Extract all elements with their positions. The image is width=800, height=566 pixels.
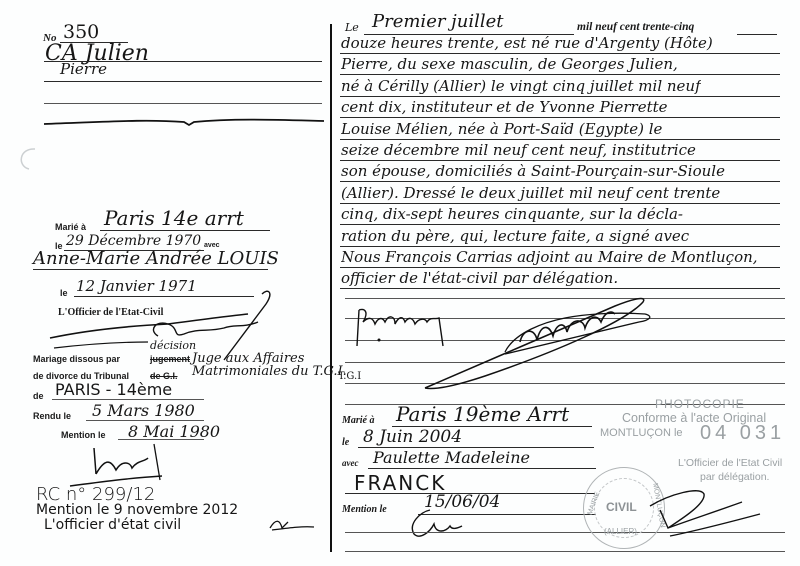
marriage2-place: Paris 19ème Arrt xyxy=(396,404,569,424)
divorce-court-place: PARIS - 14ème xyxy=(55,382,172,398)
divorce-signature xyxy=(70,440,170,490)
marriage2-marie-label: Marié à xyxy=(342,416,375,426)
body-line: son épouse, domiciliés à Saint-Pourçain-… xyxy=(341,164,725,179)
tgi-continuation: T.G.I xyxy=(338,372,361,382)
divorce-rendu-date: 5 Mars 1980 xyxy=(92,403,195,419)
rc-note-mention: Mention le 9 novembre 2012 xyxy=(36,503,238,517)
ornamental-divider xyxy=(44,116,324,128)
marriage2-date: 8 Juin 2004 xyxy=(363,429,462,446)
divorce-de-label: de xyxy=(33,392,44,401)
body-line: Pierre, du sexe masculin, de Georges Jul… xyxy=(341,57,678,72)
rule xyxy=(737,34,777,35)
marriage2-spouse-given: Paulette Madeleine xyxy=(373,450,530,466)
marriage2-date-label: le xyxy=(342,438,349,448)
rule xyxy=(340,139,780,140)
body-line: cent dix, instituteur et de Yvonne Pierr… xyxy=(341,100,668,115)
officer-signature xyxy=(425,292,665,392)
rule xyxy=(340,246,780,247)
body-le-label: Le xyxy=(345,22,359,33)
marriage2-avec-label: avec xyxy=(342,459,358,468)
body-line: (Allier). Dressé le deux juillet mil neu… xyxy=(341,186,720,201)
rc-note-initials xyxy=(268,516,318,534)
rule xyxy=(86,420,204,421)
stamp-number: 04 031 xyxy=(700,423,785,443)
marriage2-initials xyxy=(400,508,470,542)
marriage2-spouse-surname: FRANCK xyxy=(354,473,446,493)
rule xyxy=(340,181,780,182)
rule xyxy=(368,468,596,469)
rule xyxy=(340,267,780,268)
rule xyxy=(345,551,785,552)
punch-hole-mark xyxy=(15,146,41,172)
divorce-handwritten-court: Juge aux Affaires Matrimoniales du T.G.I… xyxy=(192,352,352,378)
rule xyxy=(340,160,780,161)
rule xyxy=(340,96,780,97)
body-line: Louise Mélien, née à Port-Saïd (Egypte) … xyxy=(341,122,662,137)
stamp-place: MONTLUÇON le xyxy=(600,428,683,439)
rule xyxy=(52,399,204,400)
body-line: officier de l'état-civil par délégation. xyxy=(341,271,618,286)
rule xyxy=(340,74,780,75)
record-number: 350 xyxy=(63,23,99,42)
marriage1-date: 29 Décembre 1970 xyxy=(66,234,201,248)
rule xyxy=(364,34,574,35)
column-divider xyxy=(330,24,332,552)
body-birth-year-printed: mil neuf cent trente-cinq xyxy=(577,22,694,34)
scanned-document-page: No 350 CA Julien Pierre Marié à Paris 14… xyxy=(0,0,800,566)
body-line: cinq, dix-sept heures cinquante, sur la … xyxy=(341,207,683,222)
body-line: ration du père, qui, lecture faite, a si… xyxy=(341,229,689,244)
body-line: seize décembre mil neuf cent neuf, insti… xyxy=(341,143,696,158)
rule xyxy=(340,53,780,54)
rule xyxy=(340,117,780,118)
marriage1-marie-label: Marié à xyxy=(55,223,86,232)
stamp-officer-signature xyxy=(650,480,770,540)
rule xyxy=(340,288,780,289)
stamp-officer: L'Officier de l'Etat Civil xyxy=(678,458,782,469)
rule xyxy=(340,203,780,204)
marriage1-spouse: Anne-Marie Andrée LOUIS xyxy=(33,250,279,268)
seal-bottom-text: (ALLIER) xyxy=(604,528,637,536)
divorce-mention-date: 8 Mai 1980 xyxy=(128,424,220,440)
margin-rule xyxy=(44,81,322,82)
rule xyxy=(340,224,780,225)
marriage2-mention-label: Mention le xyxy=(342,505,387,515)
body-birth-day: Premier juillet xyxy=(372,13,504,31)
divorce-line1-label: Mariage dissous par xyxy=(33,355,120,364)
divorce-struck-word: jugement xyxy=(150,355,190,364)
margin-given-name: Pierre xyxy=(60,62,107,77)
rc-note-officer: L'officier d'état civil xyxy=(44,518,181,532)
body-line: né à Cérilly (Allier) le vingt cinq juil… xyxy=(341,79,701,94)
body-line: douze heures trente, est né rue d'Argent… xyxy=(341,36,713,51)
margin-rule xyxy=(44,103,322,104)
divorce-inserted-word: décision xyxy=(150,340,196,351)
rule xyxy=(100,230,270,231)
divorce-mention-label: Mention le xyxy=(61,431,106,440)
marriage1-place: Paris 14e arrt xyxy=(104,208,244,228)
seal-center-text: CIVIL xyxy=(606,501,637,513)
stamp-title: PHOTOCOPIE xyxy=(655,398,745,410)
body-line: Nous François Carrias adjoint au Maire d… xyxy=(341,250,758,265)
divorce-rendu-label: Rendu le xyxy=(33,412,71,421)
rule xyxy=(33,269,268,270)
